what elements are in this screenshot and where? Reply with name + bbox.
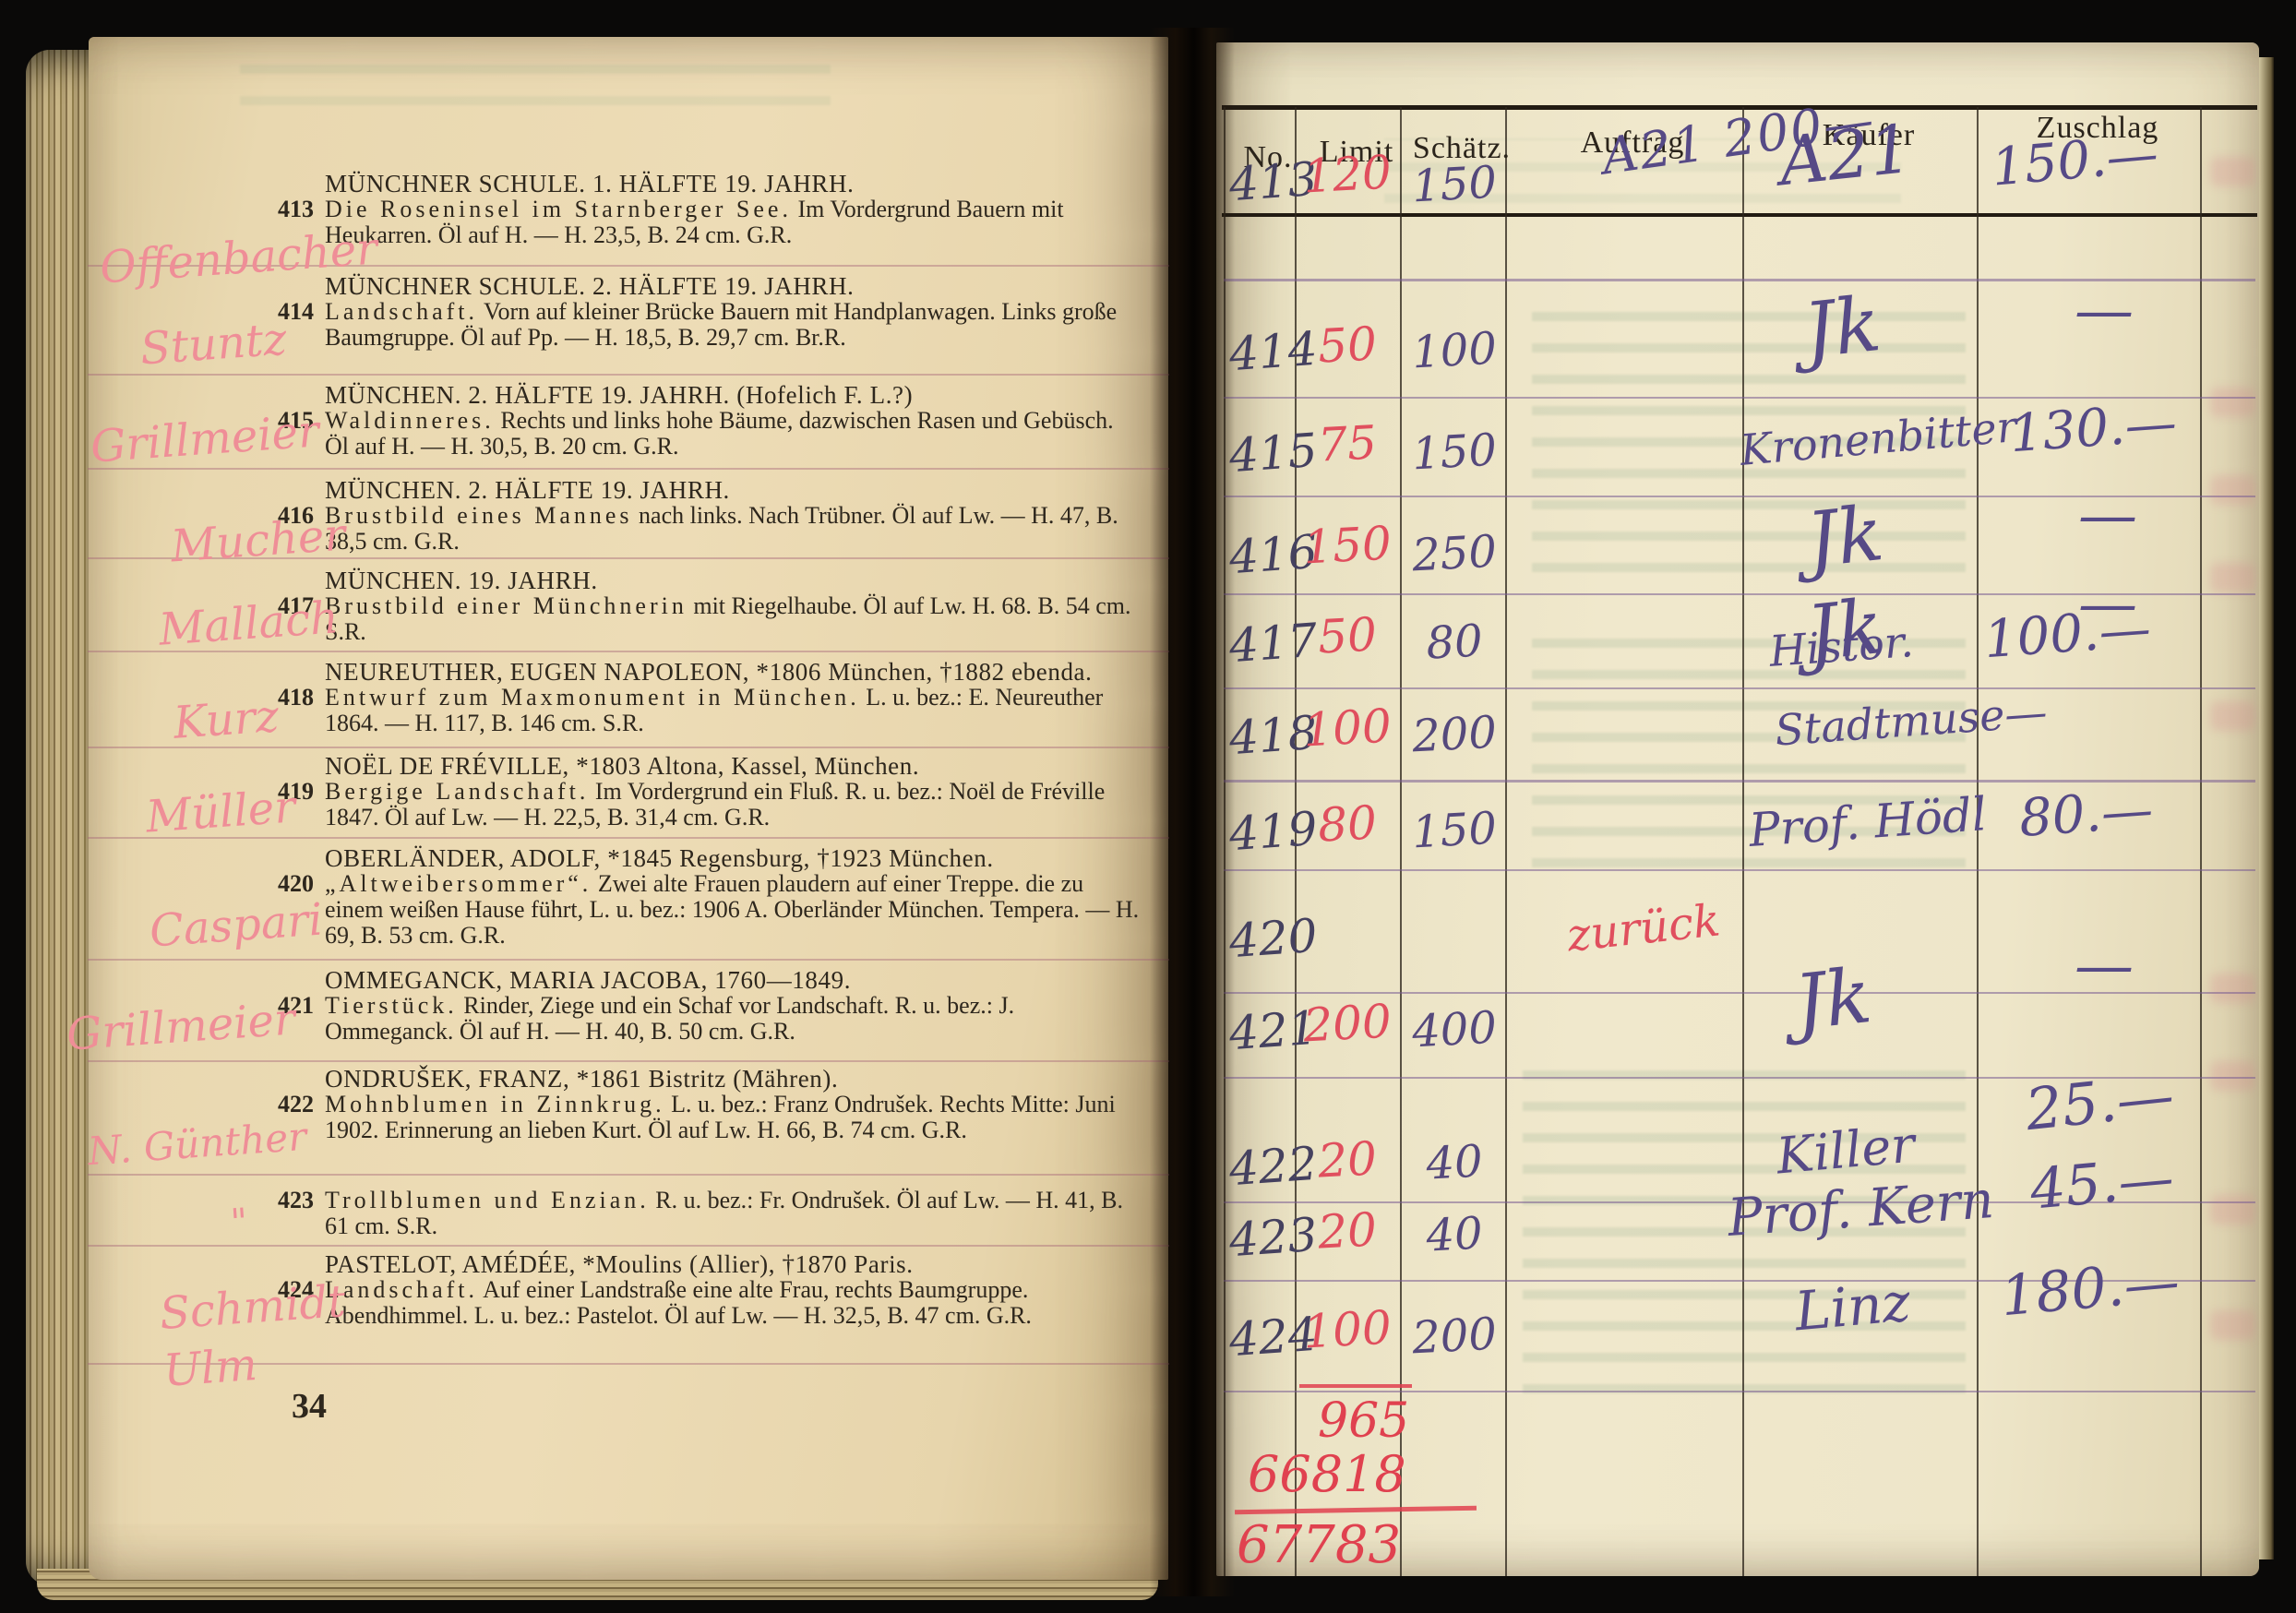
rule-line <box>88 468 1169 470</box>
lot-number: 423 <box>245 1188 314 1213</box>
rule-line <box>88 1060 1169 1062</box>
rule-line <box>88 651 1169 652</box>
row-line <box>1224 869 2255 871</box>
sum-bar <box>1299 1384 1412 1388</box>
table-vline <box>1742 107 1744 1576</box>
ledger-limit: 50 <box>1294 606 1402 665</box>
entry-body: 420„Altweibersommer“. Zwei alte Frauen p… <box>325 871 1142 949</box>
entry-body: 419Bergige Landschaft. Im Vordergrund ei… <box>325 779 1142 830</box>
entry-body: 418Entwurf zum Maxmonument in München. L… <box>325 685 1142 736</box>
ledger-schaetz: 200 <box>1401 706 1509 763</box>
catalog-entry: 423Trollblumen und Enzian. R. u. bez.: F… <box>325 1188 1142 1239</box>
rule-line <box>88 747 1169 748</box>
ledger-schaetz: 40 <box>1401 1206 1509 1263</box>
limit-sum-addend: 965 <box>1318 1393 1409 1449</box>
ledger-schaetz: 150 <box>1401 156 1509 213</box>
entry-body: 413Die Roseninsel im Starnberger See. Im… <box>325 197 1142 248</box>
ledger-kaeufer: Jk <box>1800 281 1884 376</box>
lot-number: 420 <box>245 871 314 897</box>
ledger-zuschlag: — <box>2075 277 2134 345</box>
fore-edge <box>2259 57 2274 1559</box>
entry-heading: MÜNCHNER SCHULE. 1. HÄLFTE 19. JAHRH. <box>325 171 1142 197</box>
lot-title: Tierstück. <box>325 992 458 1019</box>
entry-heading: OBERLÄNDER, ADOLF, *1845 Regensburg, †19… <box>325 845 1142 871</box>
entry-heading: ONDRUŠEK, FRANZ, *1861 Bistritz (Mähren)… <box>325 1066 1142 1092</box>
entry-body: 421Tierstück. Rinder, Ziege und ein Scha… <box>325 993 1142 1045</box>
catalog-entry: NOËL DE FRÉVILLE, *1803 Altona, Kassel, … <box>325 753 1142 830</box>
catalog-entry: ONDRUŠEK, FRANZ, *1861 Bistritz (Mähren)… <box>325 1066 1142 1143</box>
lot-title: Bergige Landschaft. <box>325 778 589 805</box>
entry-heading: MÜNCHEN. 2. HÄLFTE 19. JAHRH. (Hofelich … <box>325 382 1142 408</box>
ledger-limit: 150 <box>1294 516 1402 575</box>
entry-heading: NEUREUTHER, EUGEN NAPOLEON, *1806 Münche… <box>325 659 1142 685</box>
page-number: 34 <box>292 1386 327 1427</box>
entry-heading: PASTELOT, AMÉDÉE, *Moulins (Allier), †18… <box>325 1251 1142 1277</box>
margin-name: Stuntz <box>138 314 288 376</box>
ledger-schaetz: 150 <box>1401 802 1509 859</box>
entry-body: 424Landschaft. Auf einer Landstraße eine… <box>325 1277 1142 1329</box>
ledger-no: 420 <box>1227 909 1319 969</box>
margin-name: Kurz <box>172 690 281 749</box>
entry-heading: MÜNCHEN. 19. JAHRH. <box>325 568 1142 593</box>
header-bottom-border <box>1222 213 2257 217</box>
catalog-entry: MÜNCHNER SCHULE. 2. HÄLFTE 19. JAHRH. 41… <box>325 273 1142 351</box>
bleed-through <box>2210 974 2254 1003</box>
lot-number: 413 <box>245 197 314 222</box>
ledger-schaetz: 400 <box>1401 1001 1509 1058</box>
entry-body: 423Trollblumen und Enzian. R. u. bez.: F… <box>325 1188 1142 1239</box>
rule-line <box>88 959 1169 961</box>
row-line <box>1224 687 2255 689</box>
ledger-zuschlag: — <box>2075 932 2134 1000</box>
row-line <box>1224 780 2255 783</box>
entry-body: 422Mohnblumen in Zinnkrug. L. u. bez.: F… <box>325 1092 1142 1143</box>
margin-name: Müller <box>144 781 297 842</box>
catalog-entry: PASTELOT, AMÉDÉE, *Moulins (Allier), †18… <box>325 1251 1142 1329</box>
bleed-through <box>2210 475 2254 505</box>
ledger-zuschlag: 130.— <box>2008 393 2179 464</box>
ledger-limit: 200 <box>1294 994 1402 1053</box>
ledger-schaetz: 200 <box>1401 1308 1509 1365</box>
left-page-stack-edges <box>26 50 94 1585</box>
lot-title: Die Roseninsel im Starnberger See. <box>325 196 792 222</box>
entry-heading: MÜNCHEN. 2. HÄLFTE 19. JAHRH. <box>325 477 1142 503</box>
ledger-schaetz: 40 <box>1401 1134 1509 1191</box>
lot-title: Landschaft. <box>325 298 478 325</box>
margin-name-ditto: " <box>229 1201 249 1244</box>
table-vline <box>1977 107 1979 1576</box>
entry-body: 416Brustbild eines Mannes nach links. Na… <box>325 503 1142 555</box>
ledger-limit: 75 <box>1294 414 1402 473</box>
ledger-zuschlag: 100.— <box>1982 599 2153 670</box>
bleed-through <box>2210 701 2254 731</box>
catalog-entry: MÜNCHEN. 2. HÄLFTE 19. JAHRH. 416Brustbi… <box>325 477 1142 555</box>
ledger-zuschlag: — <box>2078 482 2137 550</box>
ledger-kaeufer: Killer <box>1775 1116 1918 1186</box>
entry-heading: MÜNCHNER SCHULE. 2. HÄLFTE 19. JAHRH. <box>325 273 1142 299</box>
ledger-limit: 100 <box>1294 1300 1402 1359</box>
lot-title: Brustbild eines Mannes <box>325 502 633 529</box>
bleed-through <box>240 63 831 105</box>
ledger-limit: 20 <box>1294 1201 1402 1261</box>
bleed-through <box>2210 1061 2254 1091</box>
ledger-schaetz: 100 <box>1401 322 1509 379</box>
rule-line <box>88 1174 1169 1176</box>
bleed-through <box>2210 388 2254 417</box>
ledger-limit: 20 <box>1294 1130 1402 1189</box>
lot-title: Waldinneres. <box>325 407 495 434</box>
lot-title: Trollblumen und Enzian. <box>325 1187 650 1213</box>
ledger-limit: 50 <box>1294 316 1402 375</box>
catalog-entry: OMMEGANCK, MARIA JACOBA, 1760—1849. 421T… <box>325 967 1142 1045</box>
ledger-kaeufer: A21 <box>1776 110 1916 201</box>
limit-sum-carry: 66818 <box>1248 1445 1406 1503</box>
margin-name: Schmidt Ulm <box>158 1271 377 1400</box>
limit-sum-total: 67783 <box>1237 1515 1401 1575</box>
rule-line <box>88 374 1169 376</box>
catalog-entry: MÜNCHNER SCHULE. 1. HÄLFTE 19. JAHRH. 41… <box>325 171 1142 248</box>
lot-title: Mohnblumen in Zinnkrug. <box>325 1091 665 1117</box>
entry-body: 415Waldinneres. Rechts und links hohe Bä… <box>325 408 1142 460</box>
entry-body: 417Brustbild einer Münchnerin mit Riegel… <box>325 593 1142 645</box>
lot-title: Brustbild einer Münchnerin <box>325 592 688 619</box>
rule-line <box>88 1245 1169 1247</box>
ledger-kaeufer: Jk <box>1790 952 1875 1047</box>
ledger-zuschlag: 45.— <box>2027 1145 2176 1222</box>
book-gutter <box>1150 28 1235 1596</box>
ledger-kaeufer: Jk <box>1802 490 1887 585</box>
entry-body: 414Landschaft. Vorn auf kleiner Brücke B… <box>325 299 1142 351</box>
catalog-entry: MÜNCHEN. 2. HÄLFTE 19. JAHRH. (Hofelich … <box>325 382 1142 460</box>
lot-title: Entwurf zum Maxmonument in München. <box>325 684 860 711</box>
ledger-kaeufer: Linz <box>1792 1271 1912 1344</box>
catalog-entry: MÜNCHEN. 19. JAHRH. 417Brustbild einer M… <box>325 568 1142 645</box>
entry-heading: NOËL DE FRÉVILLE, *1803 Altona, Kassel, … <box>325 753 1142 779</box>
bleed-through <box>2210 563 2254 592</box>
ledger-limit: 100 <box>1294 699 1402 758</box>
lot-title: „Altweibersommer“. <box>325 870 592 897</box>
ledger-zuschlag: 80.— <box>2017 780 2155 849</box>
catalog-entry: OBERLÄNDER, ADOLF, *1845 Regensburg, †19… <box>325 845 1142 949</box>
ledger-schaetz: 150 <box>1401 424 1509 481</box>
ledger-schaetz: 80 <box>1401 614 1509 671</box>
book-photo: MÜNCHNER SCHULE. 1. HÄLFTE 19. JAHRH. 41… <box>0 0 2296 1613</box>
table-vline <box>2200 107 2202 1576</box>
bleed-through <box>2210 157 2254 186</box>
ledger-limit: 120 <box>1294 145 1402 204</box>
ledger-schaetz: 250 <box>1401 525 1509 582</box>
row-line <box>1224 1391 2255 1392</box>
bleed-through <box>2210 1195 2254 1225</box>
catalog-entry: NEUREUTHER, EUGEN NAPOLEON, *1806 Münche… <box>325 659 1142 736</box>
entry-heading: OMMEGANCK, MARIA JACOBA, 1760—1849. <box>325 967 1142 993</box>
bleed-through <box>2210 1310 2254 1340</box>
ledger-limit: 80 <box>1294 795 1402 854</box>
rule-line <box>88 837 1169 839</box>
